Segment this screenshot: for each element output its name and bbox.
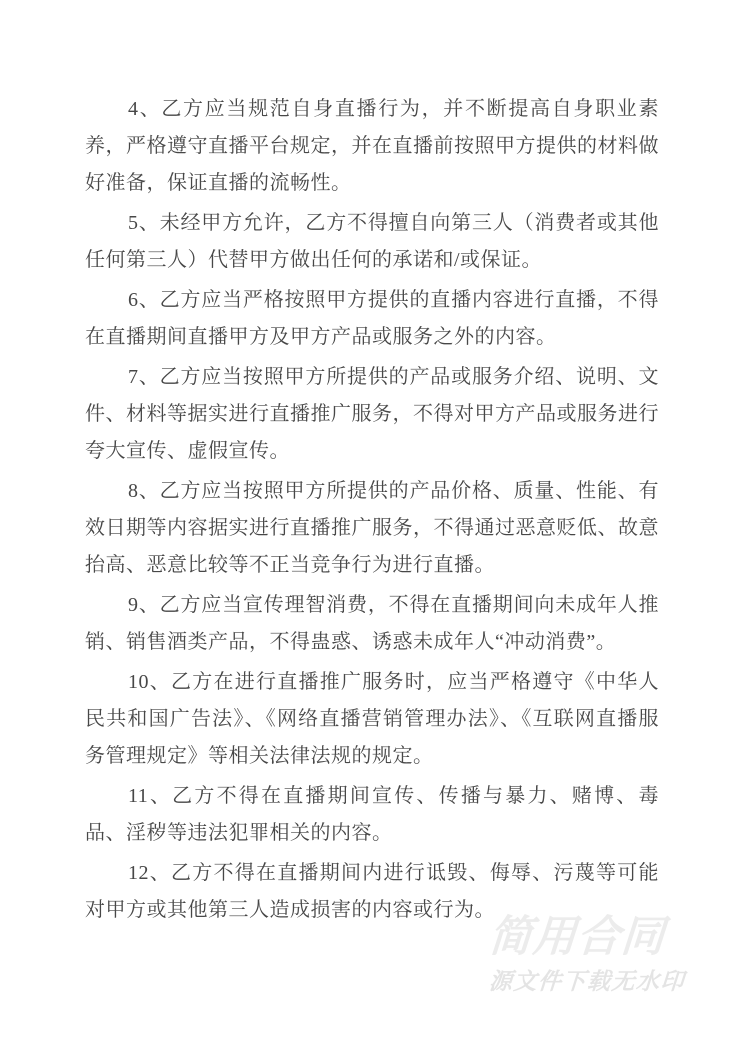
contract-clause-10: 10、乙方在进行直播推广服务时，应当严格遵守《中华人民共和国广告法》、《网络直播… [85,664,659,775]
contract-clause-11: 11、乙方不得在直播期间宣传、传播与暴力、赌博、毒品、淫秽等违法犯罪相关的内容。 [85,778,659,852]
contract-clause-8: 8、乙方应当按照甲方所提供的产品价格、质量、性能、有效日期等内容据实进行直播推广… [85,473,659,584]
contract-clause-7: 7、乙方应当按照甲方所提供的产品或服务介绍、说明、文件、材料等据实进行直播推广服… [85,359,659,470]
contract-clause-6: 6、乙方应当严格按照甲方提供的直播内容进行直播，不得在直播期间直播甲方及甲方产品… [85,282,659,356]
contract-clause-4: 4、乙方应当规范自身直播行为，并不断提高自身职业素养，严格遵守直播平台规定，并在… [85,91,659,202]
contract-body: 4、乙方应当规范自身直播行为，并不断提高自身职业素养，严格遵守直播平台规定，并在… [85,91,659,932]
contract-document-page: 4、乙方应当规范自身直播行为，并不断提高自身职业素养，严格遵守直播平台规定，并在… [0,0,742,1049]
contract-clause-9: 9、乙方应当宣传理智消费，不得在直播期间向未成年人推销、销售酒类产品，不得蛊惑、… [85,587,659,661]
contract-clause-12: 12、乙方不得在直播期间内进行诋毁、侮辱、污蔑等可能对甲方或其他第三人造成损害的… [85,855,659,929]
watermark-tagline-text: 源文件下载无水印 [488,970,686,993]
contract-clause-5: 5、未经甲方允许，乙方不得擅自向第三人（消费者或其他任何第三人）代替甲方做出任何… [85,205,659,279]
